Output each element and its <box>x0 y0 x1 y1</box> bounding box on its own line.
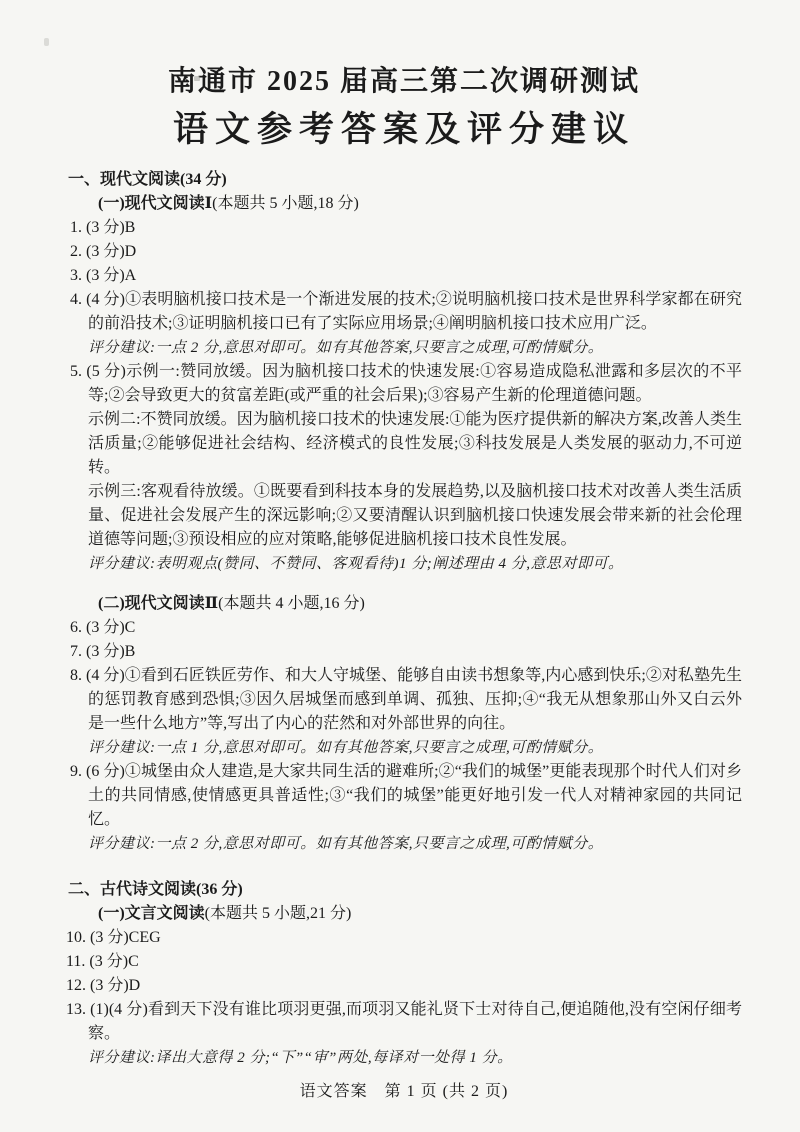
classical-reading-heading-meta: (本题共 5 小题,21 分) <box>205 905 352 922</box>
answer-q12: 12. (3 分)D <box>66 974 742 998</box>
modern-reading1-heading: (一)现代文阅读Ⅰ(本题共 5 小题,18 分) <box>66 192 742 216</box>
answer-q2: 2. (3 分)D <box>66 240 742 264</box>
answer-q1: 1. (3 分)B <box>66 216 742 240</box>
exam-title: 南通市 2025 届高三第二次调研测试 <box>66 62 742 102</box>
answer-q13-part1: 13. (1)(4 分)看到天下没有谁比项羽更强,而项羽又能礼贤下士对待自己,便… <box>66 998 742 1046</box>
scoring-note-q8: 评分建议:一点 1 分,意思对即可。如有其他答案,只要言之成理,可酌情赋分。 <box>66 736 742 760</box>
answer-q5-example1: 5. (5 分)示例一:赞同放缓。因为脑机接口技术的快速发展:①容易造成隐私泄露… <box>66 360 742 408</box>
modern-reading2-heading-label: (二)现代文阅读Ⅱ <box>98 595 218 612</box>
scan-speck <box>194 76 200 81</box>
answer-q3: 3. (3 分)A <box>66 264 742 288</box>
answer-q8: 8. (4 分)①看到石匠铁匠劳作、和大人守城堡、能够自由读书想象等,内心感到快… <box>66 664 742 736</box>
scoring-note-q5: 评分建议:表明观点(赞同、不赞同、客观看待)1 分;阐述理由 4 分,意思对即可… <box>66 552 742 576</box>
modern-reading1-heading-meta: (本题共 5 小题,18 分) <box>212 195 359 212</box>
answer-q9: 9. (6 分)①城堡由众人建造,是大家共同生活的避难所;②“我们的城堡”更能表… <box>66 760 742 832</box>
classical-reading-heading-label: (一)文言文阅读 <box>98 905 205 922</box>
scoring-note-q4: 评分建议:一点 2 分,意思对即可。如有其他答案,只要言之成理,可酌情赋分。 <box>66 336 742 360</box>
answer-q5-example2: 示例二:不赞同放缓。因为脑机接口技术的快速发展:①能为医疗提供新的解决方案,改善… <box>66 408 742 480</box>
answers-body: 一、现代文阅读(34 分) (一)现代文阅读Ⅰ(本题共 5 小题,18 分) 1… <box>66 168 742 1104</box>
page-footer: 语文答案 第 1 页 (共 2 页) <box>66 1080 742 1104</box>
answer-q10: 10. (3 分)CEG <box>66 926 742 950</box>
classical-reading-heading: (一)文言文阅读(本题共 5 小题,21 分) <box>66 902 742 926</box>
modern-reading1-heading-label: (一)现代文阅读Ⅰ <box>98 195 212 212</box>
modern-reading2-heading-meta: (本题共 4 小题,16 分) <box>218 595 365 612</box>
answer-q6: 6. (3 分)C <box>66 616 742 640</box>
scoring-note-q13: 评分建议:译出大意得 2 分;“下”“审”两处,每译对一处得 1 分。 <box>66 1046 742 1070</box>
answer-q5-example3: 示例三:客观看待放缓。①既要看到科技本身的发展趋势,以及脑机接口技术对改善人类生… <box>66 480 742 552</box>
section1-heading: 一、现代文阅读(34 分) <box>66 168 742 192</box>
modern-reading2-heading: (二)现代文阅读Ⅱ(本题共 4 小题,16 分) <box>66 592 742 616</box>
section2-heading: 二、古代诗文阅读(36 分) <box>66 878 742 902</box>
answer-q7: 7. (3 分)B <box>66 640 742 664</box>
answers-title: 语文参考答案及评分建议 <box>66 106 742 154</box>
scoring-note-q9: 评分建议:一点 2 分,意思对即可。如有其他答案,只要言之成理,可酌情赋分。 <box>66 832 742 856</box>
answer-q4: 4. (4 分)①表明脑机接口技术是一个渐进发展的技术;②说明脑机接口技术是世界… <box>66 288 742 336</box>
answer-q11: 11. (3 分)C <box>66 950 742 974</box>
scan-speck <box>44 38 49 46</box>
document-page: 南通市 2025 届高三第二次调研测试 语文参考答案及评分建议 一、现代文阅读(… <box>0 0 800 1132</box>
